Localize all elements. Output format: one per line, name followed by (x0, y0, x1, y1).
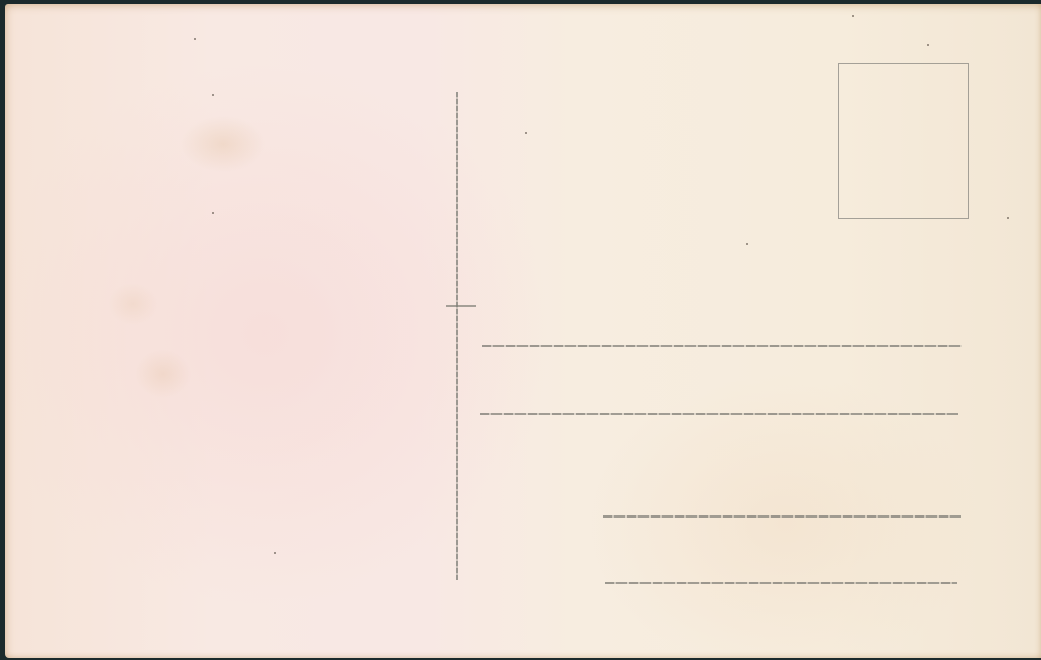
divider-tick-mark (446, 305, 476, 307)
paper-speck (212, 94, 214, 96)
postcard-back (5, 4, 1041, 658)
paper-speck (194, 38, 196, 40)
address-line-1 (482, 345, 962, 347)
address-line-2 (480, 413, 958, 415)
address-line-3 (603, 515, 961, 518)
center-divider-line (456, 92, 458, 580)
paper-speck (1007, 217, 1009, 219)
stamp-box (838, 63, 969, 219)
address-line-4 (605, 582, 957, 584)
paper-speck (212, 212, 214, 214)
scan-background (0, 0, 1041, 660)
paper-speck (927, 44, 929, 46)
paper-speck (525, 132, 527, 134)
paper-speck (746, 243, 748, 245)
paper-speck (274, 552, 276, 554)
paper-speck (852, 15, 854, 17)
